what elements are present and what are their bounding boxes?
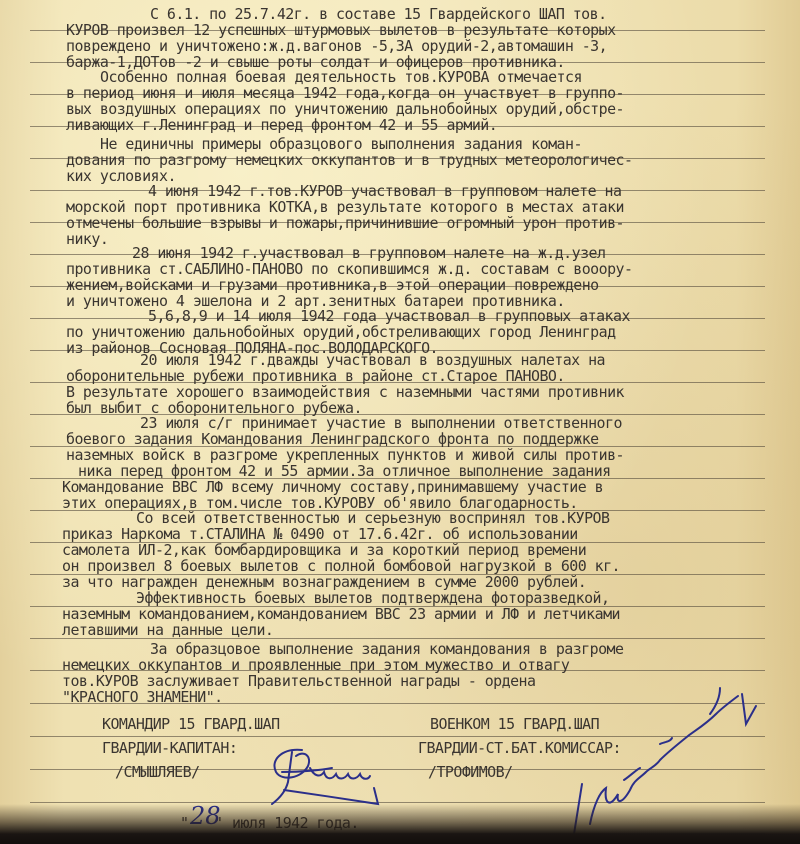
text-line: ливающих г.Ленинград и перед фронтом 42 … xyxy=(66,117,497,133)
document-page: С 6.1. по 25.7.42г. в составе 15 Гвардей… xyxy=(0,0,800,844)
text-line: тов.КУРОВ заслуживает Правительственной … xyxy=(62,673,535,689)
text-line: 28 июня 1942 г.участвовал в групповом на… xyxy=(132,245,605,261)
text-line: наземных войск в разгроме укрепленных пу… xyxy=(66,447,624,463)
text-line: он произвел 8 боевых вылетов с полной бо… xyxy=(62,558,620,574)
text-line: дования по разгрому немецких оккупантов … xyxy=(66,152,632,168)
text-line: летавшими на данные цели. xyxy=(62,622,273,638)
text-line: 23 июля с/г принимает участие в выполнен… xyxy=(140,415,622,431)
text-line: нику. xyxy=(66,231,108,247)
scan-edge-shadow xyxy=(0,804,800,844)
text-line: В результате хорошего взаимодействия с н… xyxy=(66,384,624,400)
text-line: немецких оккупантов и проявленные при эт… xyxy=(62,657,569,673)
text-line: С 6.1. по 25.7.42г. в составе 15 Гвардей… xyxy=(150,6,607,22)
text-line: жением,войсками и грузами противника,в э… xyxy=(66,277,599,293)
commander-title: КОМАНДИР 15 ГВАРД.ШАП xyxy=(102,716,280,732)
text-line: 4 июня 1942 г.тов.КУРОВ участвовал в гру… xyxy=(148,183,621,199)
text-line: самолета ИЛ-2,как бомбардировщика и за к… xyxy=(62,542,586,558)
text-line: в период июня и июля месяца 1942 года,ко… xyxy=(66,85,624,101)
text-line: ника перед фронтом 42 и 55 армии.За отли… xyxy=(78,463,611,479)
text-line: оборонительные рубежи противника в район… xyxy=(66,368,565,384)
text-line: боевого задания Командования Ленинградск… xyxy=(66,431,599,447)
text-line: противника ст.САБЛИНО-ПАНОВО по скопивши… xyxy=(66,261,632,277)
text-line: Эффективность боевых вылетов подтвержден… xyxy=(136,590,609,606)
text-line: КУРОВ произвел 12 успешных штурмовых выл… xyxy=(66,22,616,38)
text-line: морской порт противника КОТКА,в результа… xyxy=(66,199,624,215)
text-line: за что награжден денежным вознаграждение… xyxy=(62,574,586,590)
text-line: 5,6,8,9 и 14 июля 1942 года участвовал в… xyxy=(148,308,630,324)
commander-rank: ГВАРДИИ-КАПИТАН: xyxy=(102,740,237,756)
text-line: отмечены большие взрывы и пожары,причини… xyxy=(66,215,624,231)
text-line: наземным командованием,командованием ВВС… xyxy=(62,606,620,622)
text-line: по уничтожению дальнобойных орудий,обстр… xyxy=(66,324,616,340)
text-line: Со всей ответственностью и серьезную вос… xyxy=(136,510,609,526)
commander-name: /СМЫШЛЯЕВ/ xyxy=(115,764,200,780)
text-line: За образцовое выполнение задания командо… xyxy=(150,641,623,657)
text-line: повреждено и уничтожено:ж.д.вагонов -5,З… xyxy=(66,38,607,54)
text-line: Не единичны примеры образцового выполнен… xyxy=(100,136,582,152)
text-line: 20 июля 1942 г.дважды участвовал в возду… xyxy=(140,352,605,368)
text-line: "КРАСНОГО ЗНАМЕНИ". xyxy=(62,689,223,705)
commander-signature xyxy=(262,742,392,808)
text-line: Особенно полная боевая деятельность тов.… xyxy=(100,69,582,85)
text-line: приказ Наркома т.СТАЛИНА № 0490 от 17.6.… xyxy=(62,526,578,542)
text-line: вых воздушных операциях по уничтожению д… xyxy=(66,101,624,117)
commissar-name: /ТРОФИМОВ/ xyxy=(428,764,513,780)
text-line: Командование ВВС ЛФ всему личному состав… xyxy=(62,479,603,495)
